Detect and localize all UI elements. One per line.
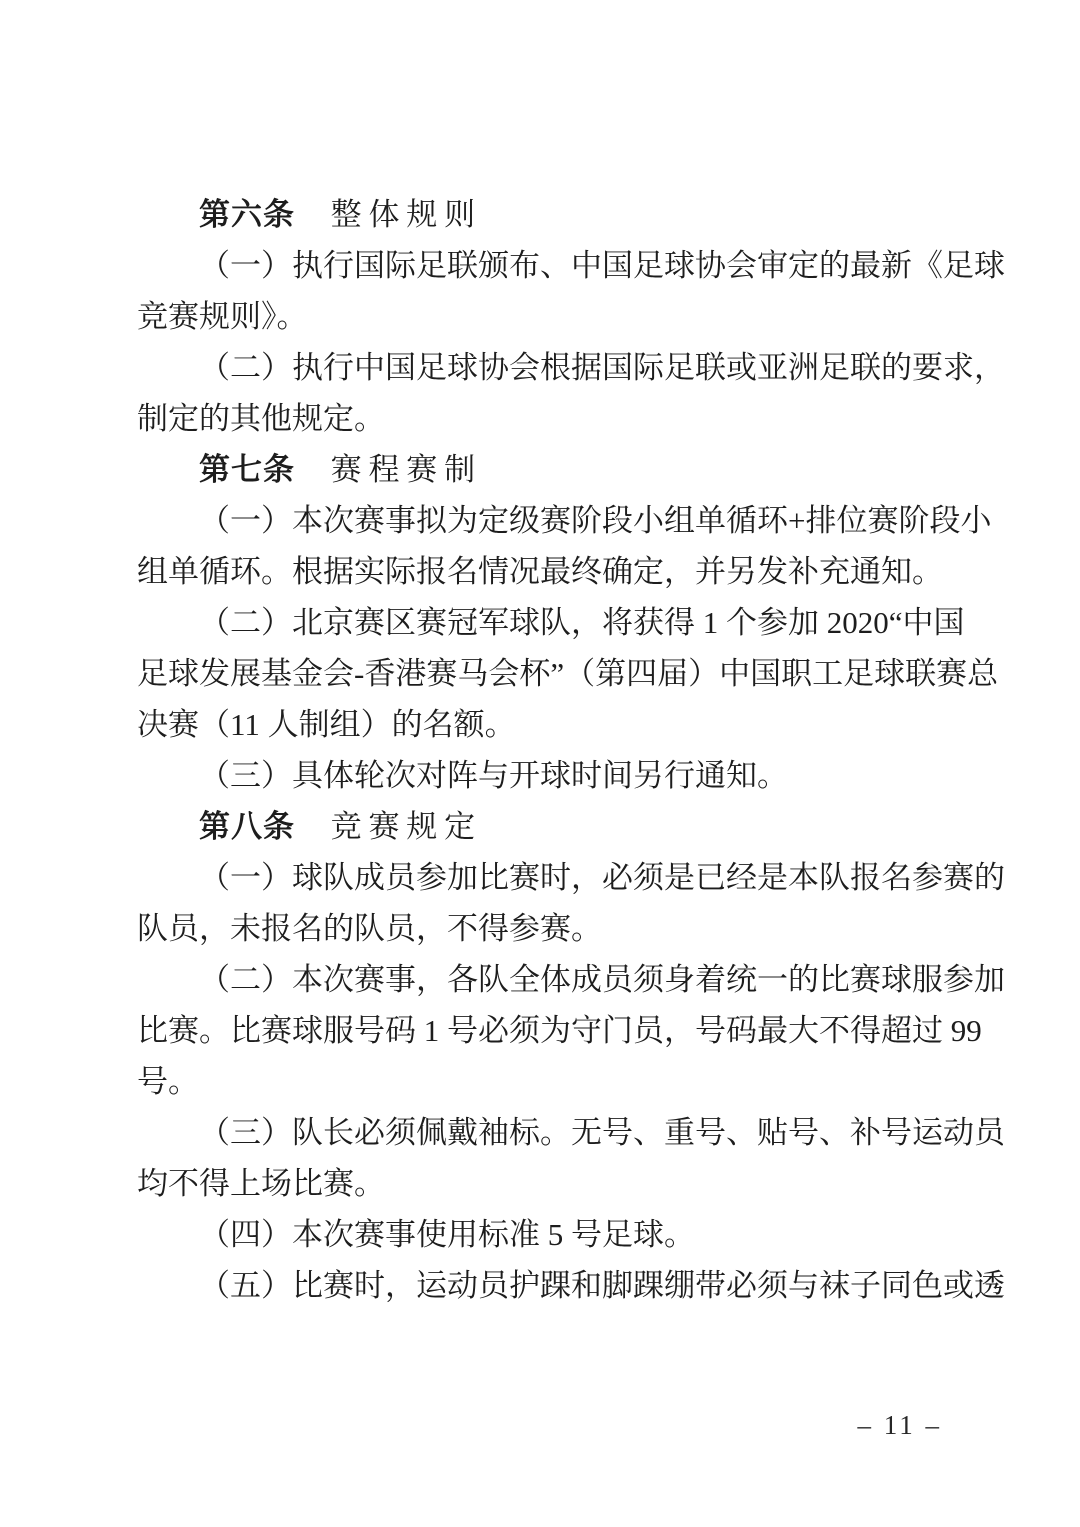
article-title: 整体规则 <box>331 197 482 232</box>
article-title: 竞赛规定 <box>331 809 482 844</box>
text-line: 号。 <box>137 1056 948 1107</box>
text-line: （二）北京赛区赛冠军球队，将获得 1 个参加 2020“中国 <box>137 597 948 648</box>
document-page: 第六条整体规则（一）执行国际足联颁布、中国足球协会审定的最新《足球竞赛规则》。（… <box>0 0 1080 1527</box>
text-line: （二）本次赛事，各队全体成员须身着统一的比赛球服参加 <box>137 954 948 1005</box>
document-body: 第六条整体规则（一）执行国际足联颁布、中国足球协会审定的最新《足球竞赛规则》。（… <box>137 189 948 1311</box>
text-line: （三）具体轮次对阵与开球时间另行通知。 <box>137 750 948 801</box>
text-line: 比赛。比赛球服号码 1 号必须为守门员，号码最大不得超过 99 <box>137 1005 948 1056</box>
article-title: 赛程赛制 <box>331 452 482 487</box>
text-line: 制定的其他规定。 <box>137 393 948 444</box>
article-heading: 第八条竞赛规定 <box>137 801 948 852</box>
article-number: 第七条 <box>199 452 295 487</box>
article-heading: 第六条整体规则 <box>137 189 948 240</box>
page-number: – 11 – <box>858 1408 943 1442</box>
article-heading: 第七条赛程赛制 <box>137 444 948 495</box>
text-line: 竞赛规则》。 <box>137 291 948 342</box>
text-line: 决赛（11 人制组）的名额。 <box>137 699 948 750</box>
text-line: 组单循环。根据实际报名情况最终确定，并另发补充通知。 <box>137 546 948 597</box>
text-line: （四）本次赛事使用标准 5 号足球。 <box>137 1209 948 1260</box>
text-line: （二）执行中国足球协会根据国际足联或亚洲足联的要求， <box>137 342 948 393</box>
text-line: 足球发展基金会-香港赛马会杯”（第四届）中国职工足球联赛总 <box>137 648 948 699</box>
text-line: （一）执行国际足联颁布、中国足球协会审定的最新《足球 <box>137 240 948 291</box>
text-line: （五）比赛时，运动员护踝和脚踝绷带必须与袜子同色或透 <box>137 1260 948 1311</box>
text-line: （一）球队成员参加比赛时，必须是已经是本队报名参赛的 <box>137 852 948 903</box>
text-line: 队员，未报名的队员，不得参赛。 <box>137 903 948 954</box>
article-number: 第八条 <box>199 809 295 844</box>
article-number: 第六条 <box>199 197 295 232</box>
text-line: 均不得上场比赛。 <box>137 1158 948 1209</box>
text-line: （三）队长必须佩戴袖标。无号、重号、贴号、补号运动员 <box>137 1107 948 1158</box>
text-line: （一）本次赛事拟为定级赛阶段小组单循环+排位赛阶段小 <box>137 495 948 546</box>
